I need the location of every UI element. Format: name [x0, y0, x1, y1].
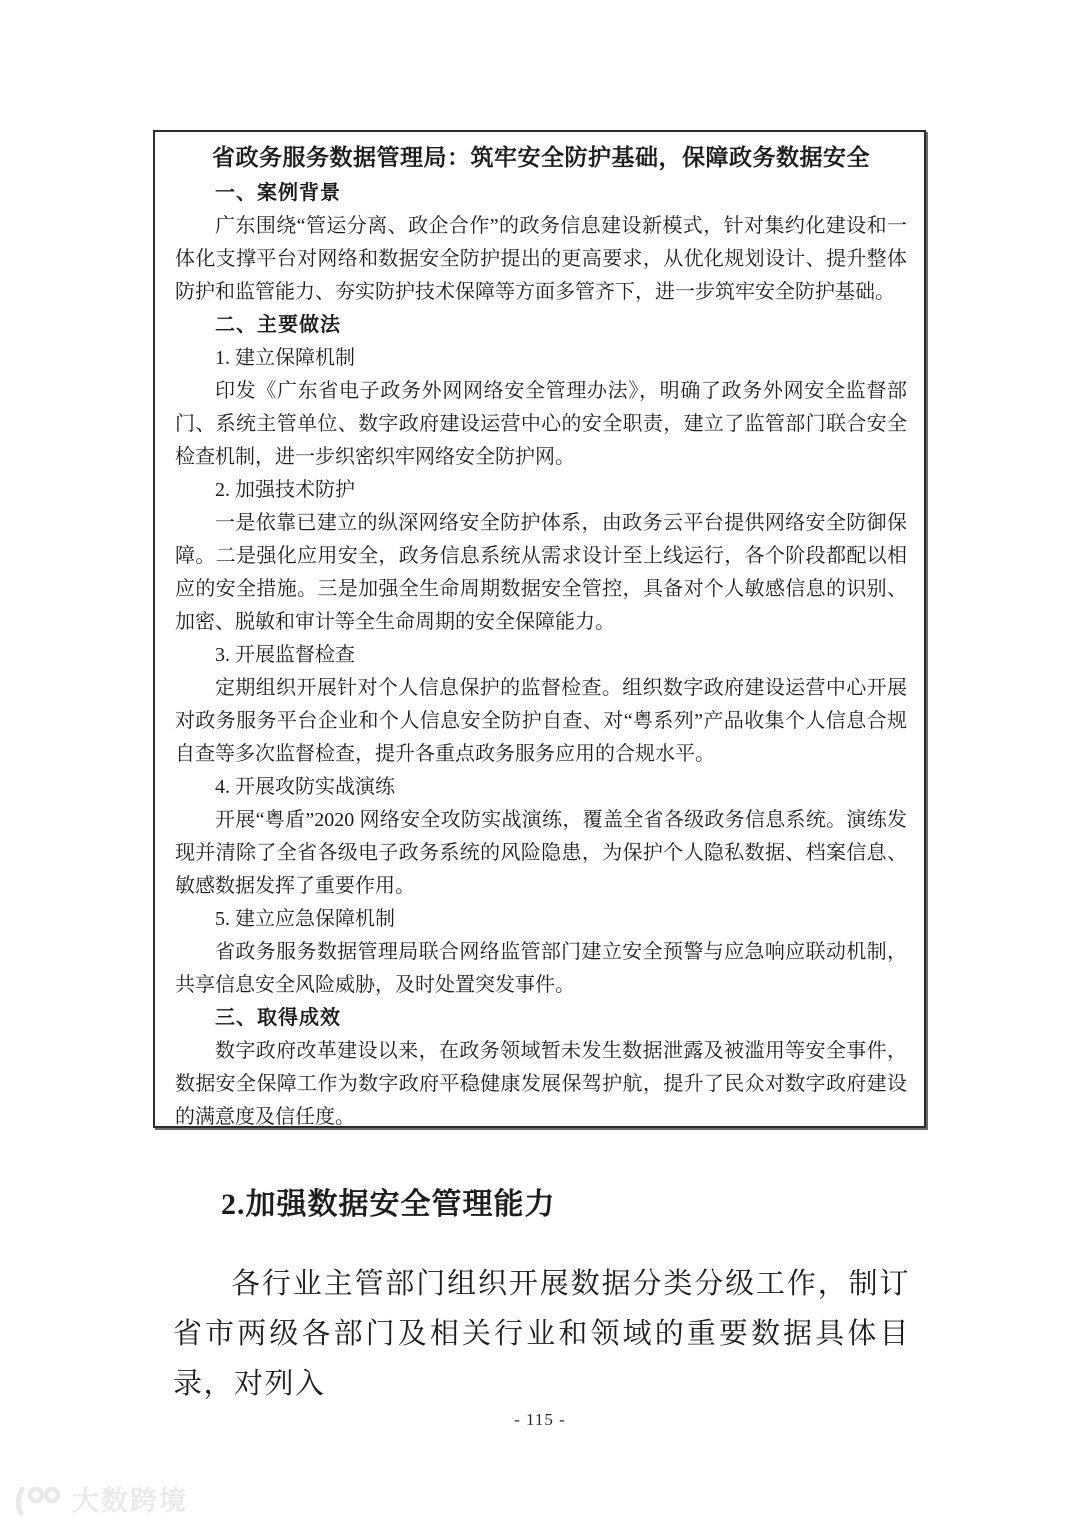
case-paragraph: 一是依靠已建立的纵深网络安全防护体系，由政务云平台提供网络安全防御保障。二是强化…	[175, 507, 907, 639]
case-sub-heading: 3. 开展监督检查	[175, 639, 907, 672]
section-2-heading: 2.加强数据安全管理能力	[221, 1185, 910, 1225]
watermark-logo-icon	[12, 1484, 64, 1518]
case-sub-heading: 5. 建立应急保障机制	[175, 903, 907, 936]
case-sub-heading: 1. 建立保障机制	[175, 342, 907, 375]
document-page: 省政务服务数据管理局：筑牢安全防护基础，保障政务数据安全 一、案例背景 广东围绕…	[0, 0, 1080, 1527]
page-number: - 115 -	[0, 1408, 1080, 1432]
case-paragraph: 开展“粤盾”2020 网络安全攻防实战演练，覆盖全省各级政务信息系统。演练发现并…	[175, 804, 907, 903]
case-paragraph: 数字政府改革建设以来，在政务领域暂未发生数据泄露及被滥用等安全事件，数据安全保障…	[175, 1035, 907, 1134]
section-2: 2.加强数据安全管理能力 各行业主管部门组织开展数据分类分级工作，制订省市两级各…	[173, 1185, 910, 1409]
case-paragraph: 广东围绕“管运分离、政企合作”的政务信息建设新模式，针对集约化建设和一体化支撑平…	[175, 210, 907, 309]
case-paragraph: 省政务服务数据管理局联合网络监管部门建立安全预警与应急响应联动机制，共享信息安全…	[175, 936, 907, 1002]
case-section-heading: 二、主要做法	[175, 309, 907, 342]
case-paragraph: 定期组织开展针对个人信息保护的监督检查。组织数字政府建设运营中心开展对政务服务平…	[175, 672, 907, 771]
case-section-heading: 三、取得成效	[175, 1002, 907, 1035]
case-sub-heading: 4. 开展攻防实战演练	[175, 771, 907, 804]
case-study-box: 省政务服务数据管理局：筑牢安全防护基础，保障政务数据安全 一、案例背景 广东围绕…	[153, 130, 926, 1128]
case-section-heading: 一、案例背景	[175, 177, 907, 210]
case-box-title: 省政务服务数据管理局：筑牢安全防护基础，保障政务数据安全	[175, 139, 907, 176]
watermark-text: 大数跨境	[72, 1484, 188, 1518]
case-paragraph: 印发《广东省电子政务外网网络安全管理办法》，明确了政务外网安全监督部门、系统主管…	[175, 375, 907, 474]
case-sub-heading: 2. 加强技术防护	[175, 474, 907, 507]
watermark: 大数跨境	[12, 1484, 188, 1518]
section-2-paragraph: 各行业主管部门组织开展数据分类分级工作，制订省市两级各部门及相关行业和领域的重要…	[173, 1259, 910, 1409]
